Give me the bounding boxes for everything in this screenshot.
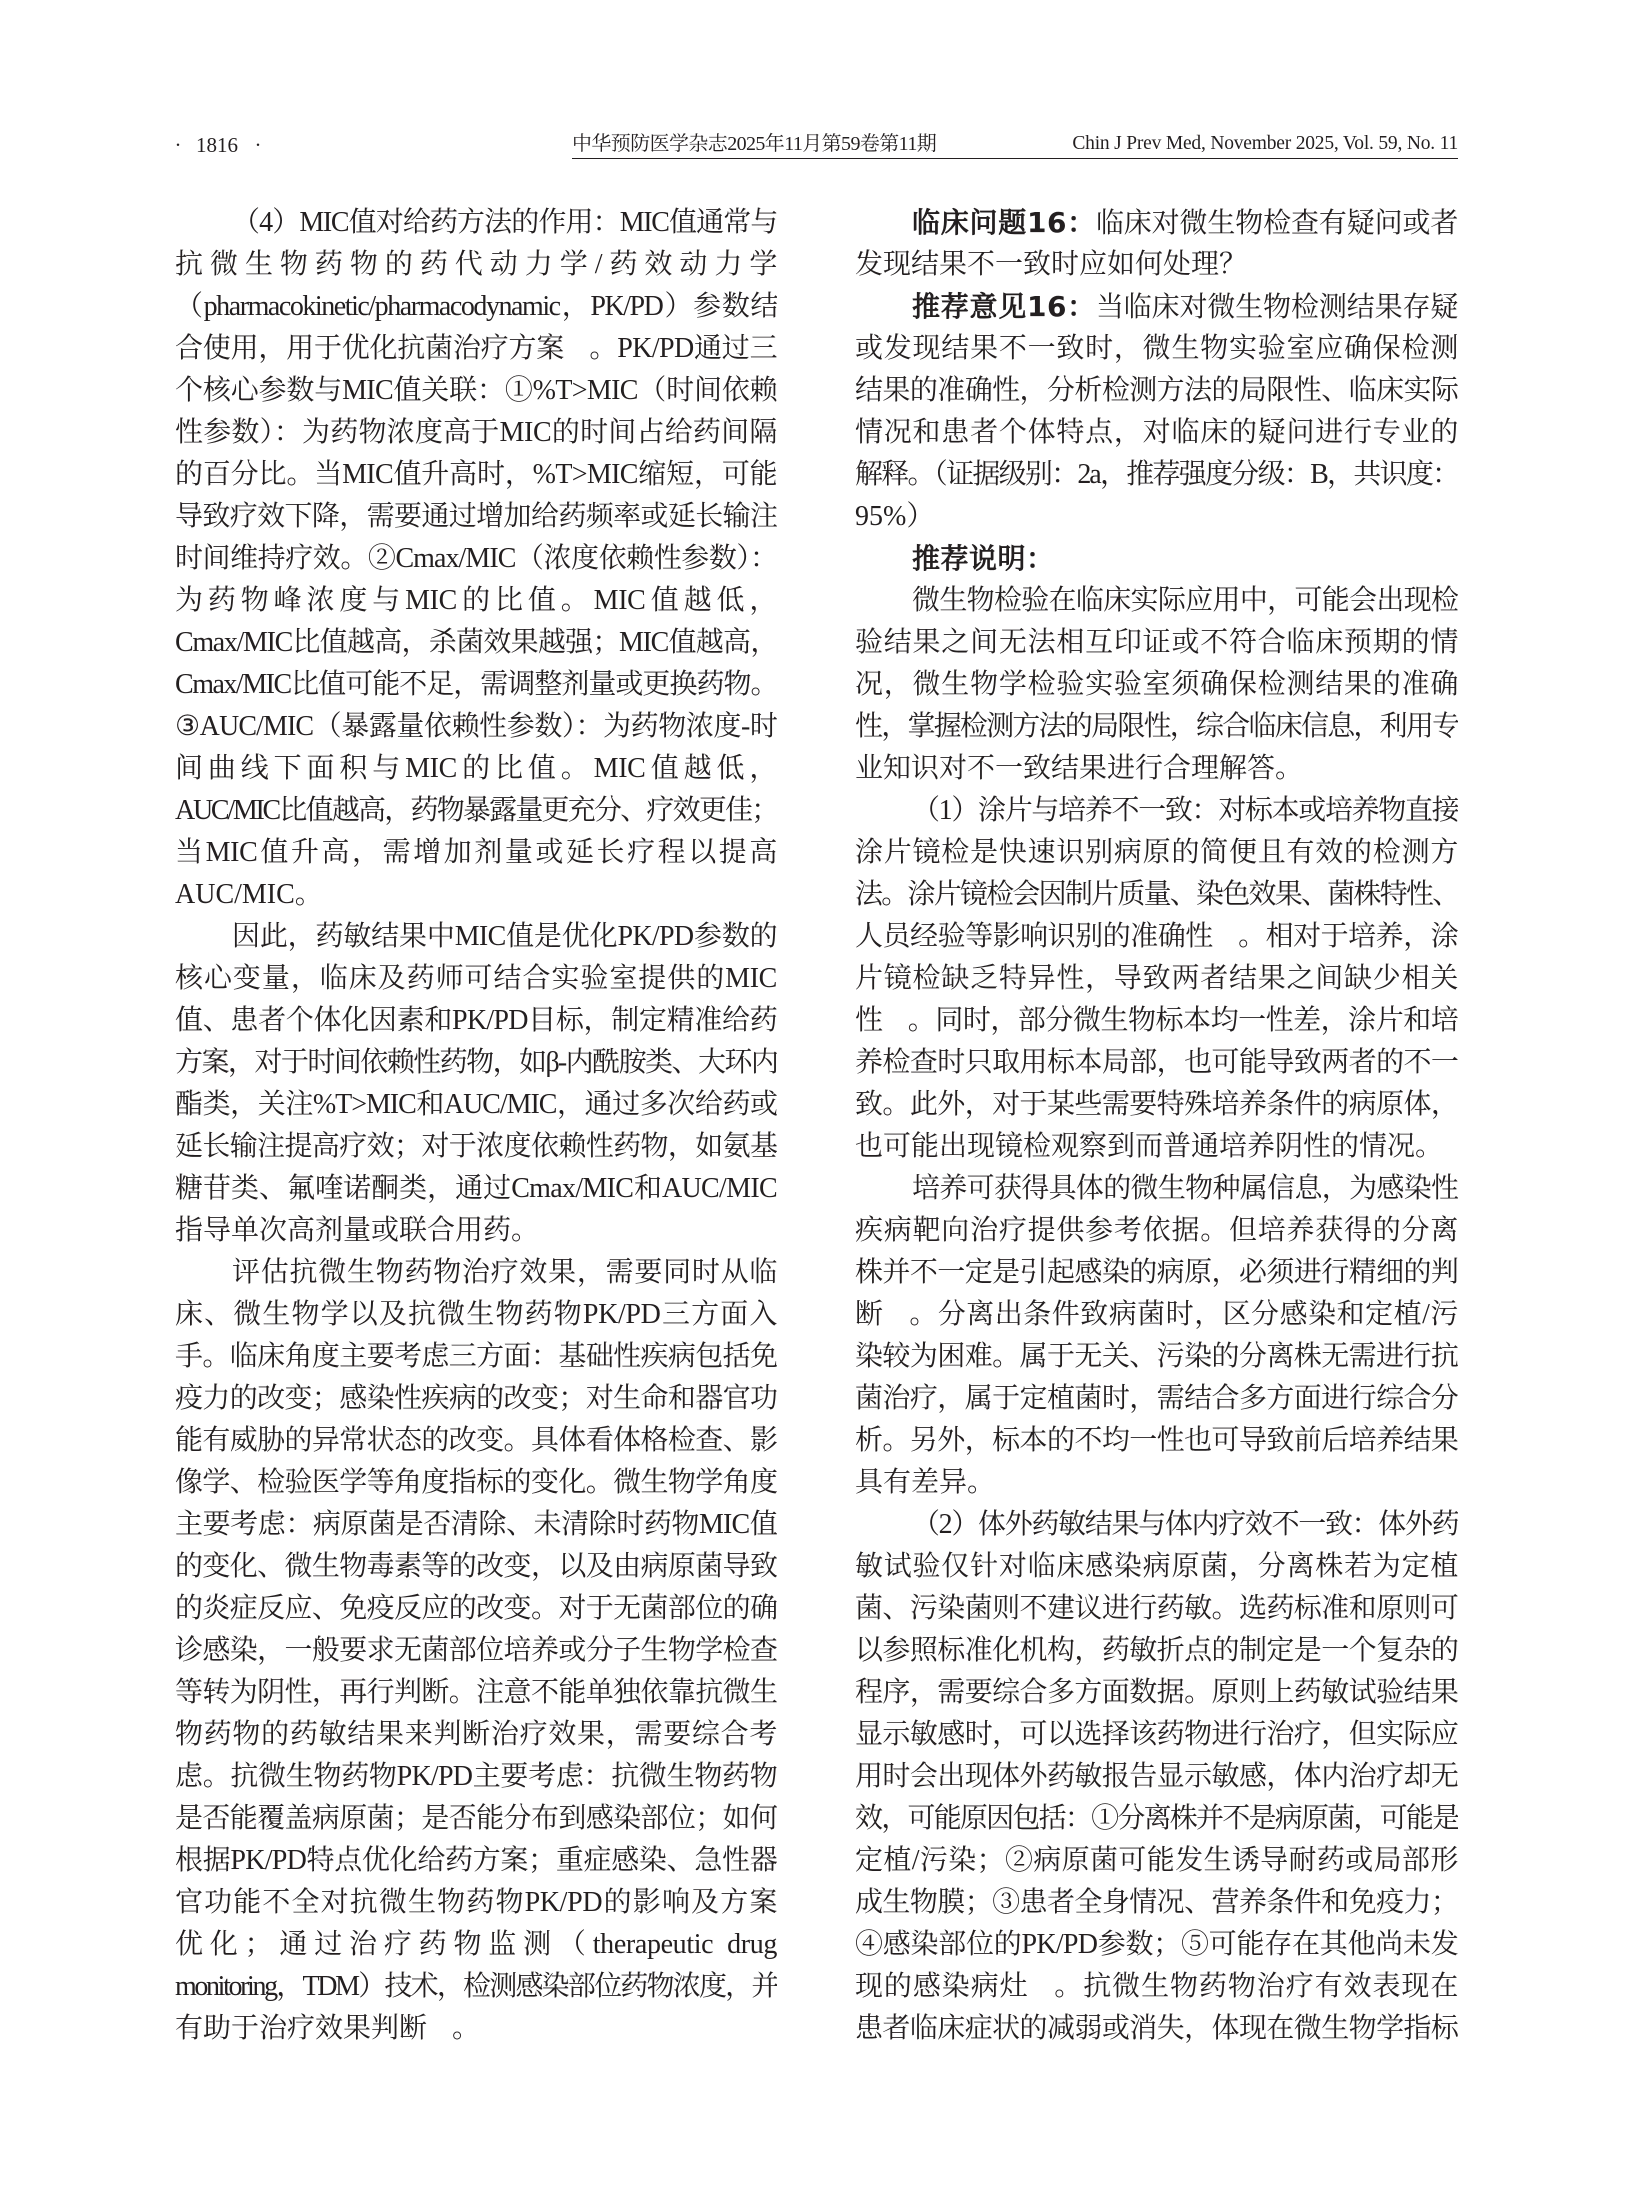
text-line: 抗微生物药物的药代动力学/药效动力学 xyxy=(175,244,777,286)
text-line: （2）体外药敏结果与体内疗效不一致：体外药 xyxy=(855,1504,1458,1546)
text-line: 性[20]。同时，部分微生物标本均一性差，涂片和培 xyxy=(855,1000,1458,1042)
text-line: 成生物膜；③患者全身情况、营养条件和免疫力； xyxy=(855,1882,1458,1924)
text-line: 疫力的改变；感染性疾病的改变；对生命和器官功 xyxy=(175,1378,777,1420)
text-line: 核心变量，临床及药师可结合实验室提供的MIC xyxy=(175,958,777,1000)
text-line: 个核心参数与MIC值关联：①%T>MIC（时间依赖 xyxy=(175,370,777,412)
text-run: 性 xyxy=(855,1005,883,1036)
text-line: 值、患者个体化因素和PK/PD目标，制定精准给药 xyxy=(175,1000,777,1042)
text-run: 95%） xyxy=(855,501,934,532)
text-run: monitoring，TDM）技术，检测感染部位药物浓度，并 xyxy=(175,1971,777,2002)
text-run: 微生物检验在临床实际应用中，可能会出现检 xyxy=(912,585,1458,616)
text-run: 优化；通过治疗药物监测（therapeutic drug xyxy=(175,1929,777,1960)
text-line: 导致疗效下降，需要通过增加给药频率或延长输注 xyxy=(175,496,777,538)
text-line: 间曲线下面积与MIC的比值。MIC值越低， xyxy=(175,748,777,790)
text-run: 值、患者个体化因素和PK/PD目标，制定精准给药 xyxy=(175,1005,777,1036)
journal-citation-en: Chin J Prev Med, November 2025, Vol. 59,… xyxy=(1072,130,1458,158)
text-line: 现的感染病灶[11]。抗微生物药物治疗有效表现在 xyxy=(855,1966,1458,2008)
text-run: 株并不一定是引起感染的病原，必须进行精细的判 xyxy=(855,1257,1458,1288)
text-line: 解释。（证据级别：2a，推荐强度分级：B，共识度： xyxy=(855,454,1458,496)
page-number-block: ·1816· xyxy=(172,131,264,159)
left-column: （4）MIC值对给药方法的作用：MIC值通常与抗微生物药物的药代动力学/药效动力… xyxy=(175,202,777,2050)
text-line: 株并不一定是引起感染的病原，必须进行精细的判 xyxy=(855,1252,1458,1294)
text-line: 患者临床症状的减弱或消失，体现在微生物学指标 xyxy=(855,2008,1458,2050)
text-run: 手。临床角度主要考虑三方面：基础性疾病包括免 xyxy=(175,1341,777,1372)
text-line: 床、微生物学以及抗微生物药物PK/PD三方面入 xyxy=(175,1294,777,1336)
text-line: 方案，对于时间依赖性药物，如β-内酰胺类、大环内 xyxy=(175,1042,777,1084)
text-run: 疾病靶向治疗提供参考依据。但培养获得的分离 xyxy=(855,1215,1458,1246)
text-run: 能有威胁的异常状态的改变。具体看体格检查、影 xyxy=(175,1425,777,1456)
text-line: ③AUC/MIC（暴露量依赖性参数）：为药物浓度-时 xyxy=(175,706,777,748)
text-run: 官功能不全对抗微生物药物PK/PD的影响及方案 xyxy=(175,1887,777,1918)
text-run: 发现结果不一致时应如何处理？ xyxy=(855,249,1247,280)
text-line: 酯类，关注%T>MIC和AUC/MIC，通过多次给药或 xyxy=(175,1084,777,1126)
text-run: 显示敏感时，可以选择该药物进行治疗，但实际应 xyxy=(855,1719,1458,1750)
paragraph-mic-dosing: （4）MIC值对给药方法的作用：MIC值通常与抗微生物药物的药代动力学/药效动力… xyxy=(175,202,777,916)
text-line: 指导单次高剂量或联合用药。 xyxy=(175,1210,777,1252)
text-run: 业知识对不一致结果进行合理解答。 xyxy=(855,753,1303,784)
text-run: 断 xyxy=(855,1299,884,1330)
text-line: monitoring，TDM）技术，检测感染部位药物浓度，并 xyxy=(175,1966,777,2008)
text-run: AUC/MIC比值越高，药物暴露量更充分、疗效更佳； xyxy=(175,795,777,826)
paragraph-evaluate-efficacy: 评估抗微生物药物治疗效果，需要同时从临床、微生物学以及抗微生物药物PK/PD三方… xyxy=(175,1252,777,2050)
text-line: AUC/MIC。 xyxy=(175,874,777,916)
text-run: 。PK/PD通过三 xyxy=(589,333,777,364)
right-column: 临床问题16：临床对微生物检查有疑问或者发现结果不一致时应如何处理？推荐意见16… xyxy=(855,202,1458,2050)
text-run: 等转为阴性，再行判断。注意不能单独依靠抗微生 xyxy=(175,1677,777,1708)
text-line: 效，可能原因包括：①分离株并不是病原菌，可能是 xyxy=(855,1798,1458,1840)
text-run: 为药物峰浓度与MIC的比值。MIC值越低， xyxy=(175,585,777,616)
bold-label: 推荐意见16： xyxy=(912,290,1096,323)
text-line: ④感染部位的PK/PD参数；⑤可能存在其他尚未发 xyxy=(855,1924,1458,1966)
text-line: 业知识对不一致结果进行合理解答。 xyxy=(855,748,1458,790)
journal-title-cn: 中华预防医学杂志2025年11月第59卷第11期 xyxy=(572,130,936,158)
text-line: 或发现结果不一致时，微生物实验室应确保检测 xyxy=(855,328,1458,370)
text-line: 以参照标准化机构，药敏折点的制定是一个复杂的 xyxy=(855,1630,1458,1672)
text-line: 定植/污染；②病原菌可能发生诱导耐药或局部形 xyxy=(855,1840,1458,1882)
text-run: 程序，需要综合多方面数据。原则上药敏试验结果 xyxy=(855,1677,1458,1708)
text-run: 以参照标准化机构，药敏折点的制定是一个复杂的 xyxy=(855,1635,1458,1666)
text-line: 微生物检验在临床实际应用中，可能会出现检 xyxy=(855,580,1458,622)
text-run: 当临床对微生物检测结果存疑 xyxy=(1096,292,1458,323)
text-run: 糖苷类、氟喹诺酮类，通过Cmax/MIC和AUC/MIC xyxy=(175,1173,777,1204)
text-run: 像学、检验医学等角度指标的变化。微生物学角度 xyxy=(175,1467,777,1498)
text-line: 人员经验等影响识别的准确性[53]。相对于培养，涂 xyxy=(855,916,1458,958)
text-line: 发现结果不一致时应如何处理？ xyxy=(855,244,1458,286)
bold-label: 临床问题16： xyxy=(912,206,1096,239)
text-run: 方案，对于时间依赖性药物，如β-内酰胺类、大环内 xyxy=(175,1047,777,1078)
text-run: 间曲线下面积与MIC的比值。MIC值越低， xyxy=(175,753,777,784)
text-line: 程序，需要综合多方面数据。原则上药敏试验结果 xyxy=(855,1672,1458,1714)
text-line: 具有差异。 xyxy=(855,1462,1458,1504)
text-run: 成生物膜；③患者全身情况、营养条件和免疫力； xyxy=(855,1887,1458,1918)
text-line: 手。临床角度主要考虑三方面：基础性疾病包括免 xyxy=(175,1336,777,1378)
text-run: ③AUC/MIC（暴露量依赖性参数）：为药物浓度-时 xyxy=(175,711,777,742)
text-line: 因此，药敏结果中MIC值是优化PK/PD参数的 xyxy=(175,916,777,958)
text-line: 性，掌握检测方法的局限性，综合临床信息，利用专 xyxy=(855,706,1458,748)
clinical-question-16: 临床问题16：临床对微生物检查有疑问或者发现结果不一致时应如何处理？ xyxy=(855,202,1458,286)
text-line: 涂片镜检是快速识别病原的简便且有效的检测方 xyxy=(855,832,1458,874)
text-line: 致。此外，对于某些需要特殊培养条件的病原体， xyxy=(855,1084,1458,1126)
text-run: 有助于治疗效果判断 xyxy=(175,2013,427,2044)
text-line: 结果的准确性，分析检测方法的局限性、临床实际 xyxy=(855,370,1458,412)
running-header: 中华预防医学杂志2025年11月第59卷第11期 Chin J Prev Med… xyxy=(572,130,1458,159)
text-line: AUC/MIC比值越高，药物暴露量更充分、疗效更佳； xyxy=(175,790,777,832)
text-line: 析。另外，标本的不均一性也可导致前后培养结果 xyxy=(855,1420,1458,1462)
text-line: 物药物的药敏结果来判断治疗效果，需要综合考 xyxy=(175,1714,777,1756)
text-run: （pharmacokinetic/pharmacodynamic，PK/PD）参… xyxy=(175,291,777,322)
text-run: 核心变量，临床及药师可结合实验室提供的MIC xyxy=(175,963,777,994)
text-run: 。抗微生物药物治疗有效表现在 xyxy=(1053,1971,1458,2002)
text-line: 片镜检缺乏特异性，导致两者结果之间缺少相关 xyxy=(855,958,1458,1000)
text-line: 诊感染，一般要求无菌部位培养或分子生物学检查 xyxy=(175,1630,777,1672)
text-run: 。分离出条件致病菌时，区分感染和定植/污 xyxy=(909,1299,1459,1330)
text-line: 染较为困难。属于无关、污染的分离株无需进行抗 xyxy=(855,1336,1458,1378)
text-run: 的变化、微生物毒素等的改变，以及由病原菌导致 xyxy=(175,1551,777,1582)
text-run: 片镜检缺乏特异性，导致两者结果之间缺少相关 xyxy=(855,963,1458,994)
text-line: 推荐说明： xyxy=(855,538,1458,580)
text-run: （1）涂片与培养不一致：对标本或培养物直接 xyxy=(912,795,1458,826)
text-line: 延长输注提高疗效；对于浓度依赖性药物，如氨基 xyxy=(175,1126,777,1168)
text-line: 菌、污染菌则不建议进行药敏。选药标准和原则可 xyxy=(855,1588,1458,1630)
text-line: 的变化、微生物毒素等的改变，以及由病原菌导致 xyxy=(175,1546,777,1588)
text-run: 致。此外，对于某些需要特殊培养条件的病原体， xyxy=(855,1089,1458,1120)
text-run: 法。涂片镜检会因制片质量、染色效果、菌株特性、 xyxy=(855,879,1458,910)
text-run: 涂片镜检是快速识别病原的简便且有效的检测方 xyxy=(855,837,1458,868)
text-run: 也可能出现镜检观察到而普通培养阴性的情况。 xyxy=(855,1131,1443,1162)
text-run: 性参数）：为药物浓度高于MIC的时间占给药间隔 xyxy=(175,417,777,448)
text-line: 断[54]。分离出条件致病菌时，区分感染和定植/污 xyxy=(855,1294,1458,1336)
text-run: 诊感染，一般要求无菌部位培养或分子生物学检查 xyxy=(175,1635,777,1666)
text-run: 评估抗微生物药物治疗效果，需要同时从临 xyxy=(232,1257,777,1288)
text-run: （2）体外药敏结果与体内疗效不一致：体外药 xyxy=(912,1509,1458,1540)
text-run: 虑。抗微生物药物PK/PD主要考虑：抗微生物药物 xyxy=(175,1761,777,1792)
text-run: 延长输注提高疗效；对于浓度依赖性药物，如氨基 xyxy=(175,1131,777,1162)
text-line: 糖苷类、氟喹诺酮类，通过Cmax/MIC和AUC/MIC xyxy=(175,1168,777,1210)
text-line: 像学、检验医学等角度指标的变化。微生物学角度 xyxy=(175,1462,777,1504)
text-run: 。同时，部分微生物标本均一性差，涂片和培 xyxy=(908,1005,1458,1036)
text-run: 时间维持疗效。②Cmax/MIC（浓度依赖性参数）： xyxy=(175,543,777,574)
text-line: 评估抗微生物药物治疗效果，需要同时从临 xyxy=(175,1252,777,1294)
text-run: 根据PK/PD特点优化给药方案；重症感染、急性器 xyxy=(175,1845,777,1876)
text-line: 推荐意见16：当临床对微生物检测结果存疑 xyxy=(855,286,1458,328)
page-number-dot-right: · xyxy=(252,131,264,159)
text-run: 当MIC值升高，需增加剂量或延长疗程以提高 xyxy=(175,837,777,868)
text-line: 为药物峰浓度与MIC的比值。MIC值越低， xyxy=(175,580,777,622)
text-line: 是否能覆盖病原菌；是否能分布到感染部位；如何 xyxy=(175,1798,777,1840)
text-run: AUC/MIC。 xyxy=(175,879,323,910)
text-run: 疫力的改变；感染性疾病的改变；对生命和器官功 xyxy=(175,1383,777,1414)
paragraph-smear-vs-culture: （1）涂片与培养不一致：对标本或培养物直接涂片镜检是快速识别病原的简便且有效的检… xyxy=(855,790,1458,1168)
bold-label: 推荐说明： xyxy=(912,542,1055,575)
text-run: 具有差异。 xyxy=(855,1467,995,1498)
text-line: 法。涂片镜检会因制片质量、染色效果、菌株特性、 xyxy=(855,874,1458,916)
text-run: 用时会出现体外药敏报告显示敏感，体内治疗却无 xyxy=(855,1761,1458,1792)
text-run: 敏试验仅针对临床感染病原菌，分离株若为定植 xyxy=(855,1551,1458,1582)
text-line: 验结果之间无法相互印证或不符合临床预期的情 xyxy=(855,622,1458,664)
text-run: （4）MIC值对给药方法的作用：MIC值通常与 xyxy=(232,207,777,238)
page-number: 1816 xyxy=(196,131,238,159)
text-run: 菌治疗，属于定植菌时，需结合多方面进行综合分 xyxy=(855,1383,1458,1414)
text-line: （pharmacokinetic/pharmacodynamic，PK/PD）参… xyxy=(175,286,777,328)
text-run: ④感染部位的PK/PD参数；⑤可能存在其他尚未发 xyxy=(855,1929,1458,1960)
document-page: ·1816· 中华预防医学杂志2025年11月第59卷第11期 Chin J P… xyxy=(0,0,1633,2200)
text-line: 培养可获得具体的微生物种属信息，为感染性 xyxy=(855,1168,1458,1210)
text-run: 酯类，关注%T>MIC和AUC/MIC，通过多次给药或 xyxy=(175,1089,777,1120)
text-line: 敏试验仅针对临床感染病原菌，分离株若为定植 xyxy=(855,1546,1458,1588)
text-line: 优化；通过治疗药物监测（therapeutic drug xyxy=(175,1924,777,1966)
text-run: 导致疗效下降，需要通过增加给药频率或延长输注 xyxy=(175,501,777,532)
text-run: Cmax/MIC比值越高，杀菌效果越强；MIC值越高， xyxy=(175,627,777,658)
text-run: 菌、污染菌则不建议进行药敏。选药标准和原则可 xyxy=(855,1593,1458,1624)
text-run: 个核心参数与MIC值关联：①%T>MIC（时间依赖 xyxy=(175,375,777,406)
text-run: 性，掌握检测方法的局限性，综合临床信息，利用专 xyxy=(855,711,1458,742)
text-run: 合使用，用于优化抗菌治疗方案 xyxy=(175,333,564,364)
text-line: 95%） xyxy=(855,496,1458,538)
text-run: 的百分比。当MIC值升高时，%T>MIC缩短，可能 xyxy=(175,459,777,490)
text-line: 主要考虑：病原菌是否清除、未清除时药物MIC值 xyxy=(175,1504,777,1546)
text-line: 性参数）：为药物浓度高于MIC的时间占给药间隔 xyxy=(175,412,777,454)
text-run: 是否能覆盖病原菌；是否能分布到感染部位；如何 xyxy=(175,1803,777,1834)
text-run: 抗微生物药物的药代动力学/药效动力学 xyxy=(175,249,777,280)
text-line: 养检查时只取用标本局部，也可能导致两者的不一 xyxy=(855,1042,1458,1084)
text-line: 显示敏感时，可以选择该药物进行治疗，但实际应 xyxy=(855,1714,1458,1756)
text-line: 等转为阴性，再行判断。注意不能单独依靠抗微生 xyxy=(175,1672,777,1714)
text-run: 况，微生物学检验实验室须确保检测结果的准确 xyxy=(855,669,1458,700)
text-run: Cmax/MIC比值可能不足，需调整剂量或更换药物。 xyxy=(175,669,777,700)
paragraph-mic-core-variable: 因此，药敏结果中MIC值是优化PK/PD参数的核心变量，临床及药师可结合实验室提… xyxy=(175,916,777,1252)
text-line: 当MIC值升高，需增加剂量或延长疗程以提高 xyxy=(175,832,777,874)
text-run: 养检查时只取用标本局部，也可能导致两者的不一 xyxy=(855,1047,1458,1078)
text-run: 患者临床症状的减弱或消失，体现在微生物学指标 xyxy=(855,2013,1458,2044)
text-line: 有助于治疗效果判断[52]。 xyxy=(175,2008,777,2050)
text-line: （1）涂片与培养不一致：对标本或培养物直接 xyxy=(855,790,1458,832)
text-line: 的百分比。当MIC值升高时，%T>MIC缩短，可能 xyxy=(175,454,777,496)
text-line: 临床问题16：临床对微生物检查有疑问或者 xyxy=(855,202,1458,244)
text-run: 指导单次高剂量或联合用药。 xyxy=(175,1215,539,1246)
text-run: 验结果之间无法相互印证或不符合临床预期的情 xyxy=(855,627,1458,658)
text-line: 官功能不全对抗微生物药物PK/PD的影响及方案 xyxy=(175,1882,777,1924)
text-line: 也可能出现镜检观察到而普通培养阴性的情况。 xyxy=(855,1126,1458,1168)
text-line: 虑。抗微生物药物PK/PD主要考虑：抗微生物药物 xyxy=(175,1756,777,1798)
text-line: 的炎症反应、免疫反应的改变。对于无菌部位的确 xyxy=(175,1588,777,1630)
text-run: 定植/污染；②病原菌可能发生诱导耐药或局部形 xyxy=(855,1845,1458,1876)
paragraph-lab-practice: 微生物检验在临床实际应用中，可能会出现检验结果之间无法相互印证或不符合临床预期的… xyxy=(855,580,1458,790)
recommendation-16: 推荐意见16：当临床对微生物检测结果存疑或发现结果不一致时，微生物实验室应确保检… xyxy=(855,286,1458,538)
text-run: 。相对于培养，涂 xyxy=(1238,921,1458,952)
text-line: 合使用，用于优化抗菌治疗方案[51]。PK/PD通过三 xyxy=(175,328,777,370)
text-line: 情况和患者个体特点，对临床的疑问进行专业的 xyxy=(855,412,1458,454)
text-run: 主要考虑：病原菌是否清除、未清除时药物MIC值 xyxy=(175,1509,777,1540)
paragraph-culture-info: 培养可获得具体的微生物种属信息，为感染性疾病靶向治疗提供参考依据。但培养获得的分… xyxy=(855,1168,1458,1504)
text-line: 能有威胁的异常状态的改变。具体看体格检查、影 xyxy=(175,1420,777,1462)
text-run: 情况和患者个体特点，对临床的疑问进行专业的 xyxy=(855,417,1458,448)
text-line: （4）MIC值对给药方法的作用：MIC值通常与 xyxy=(175,202,777,244)
text-run: 。 xyxy=(452,2013,480,2044)
paragraph-invitro-vs-invivo: （2）体外药敏结果与体内疗效不一致：体外药敏试验仅针对临床感染病原菌，分离株若为… xyxy=(855,1504,1458,2050)
text-line: Cmax/MIC比值可能不足，需调整剂量或更换药物。 xyxy=(175,664,777,706)
text-run: 因此，药敏结果中MIC值是优化PK/PD参数的 xyxy=(232,921,777,952)
text-run: 结果的准确性，分析检测方法的局限性、临床实际 xyxy=(855,375,1458,406)
text-run: 的炎症反应、免疫反应的改变。对于无菌部位的确 xyxy=(175,1593,777,1624)
text-run: 临床对微生物检查有疑问或者 xyxy=(1096,208,1458,239)
text-run: 解释。（证据级别：2a，推荐强度分级：B，共识度： xyxy=(855,459,1458,490)
recommendation-explanation-heading: 推荐说明： xyxy=(855,538,1458,580)
text-run: 效，可能原因包括：①分离株并不是病原菌，可能是 xyxy=(855,1803,1458,1834)
text-line: Cmax/MIC比值越高，杀菌效果越强；MIC值越高， xyxy=(175,622,777,664)
text-line: 时间维持疗效。②Cmax/MIC（浓度依赖性参数）： xyxy=(175,538,777,580)
text-run: 现的感染病灶 xyxy=(855,1971,1029,2002)
text-line: 菌治疗，属于定植菌时，需结合多方面进行综合分 xyxy=(855,1378,1458,1420)
text-run: 或发现结果不一致时，微生物实验室应确保检测 xyxy=(855,333,1458,364)
text-line: 疾病靶向治疗提供参考依据。但培养获得的分离 xyxy=(855,1210,1458,1252)
page-number-dot-left: · xyxy=(172,131,184,159)
text-run: 物药物的药敏结果来判断治疗效果，需要综合考 xyxy=(175,1719,777,1750)
text-run: 析。另外，标本的不均一性也可导致前后培养结果 xyxy=(855,1425,1458,1456)
text-run: 人员经验等影响识别的准确性 xyxy=(855,921,1213,952)
text-line: 况，微生物学检验实验室须确保检测结果的准确 xyxy=(855,664,1458,706)
text-run: 培养可获得具体的微生物种属信息，为感染性 xyxy=(912,1173,1458,1204)
text-line: 根据PK/PD特点优化给药方案；重症感染、急性器 xyxy=(175,1840,777,1882)
text-line: 用时会出现体外药敏报告显示敏感，体内治疗却无 xyxy=(855,1756,1458,1798)
text-run: 床、微生物学以及抗微生物药物PK/PD三方面入 xyxy=(175,1299,777,1330)
text-run: 染较为困难。属于无关、污染的分离株无需进行抗 xyxy=(855,1341,1458,1372)
